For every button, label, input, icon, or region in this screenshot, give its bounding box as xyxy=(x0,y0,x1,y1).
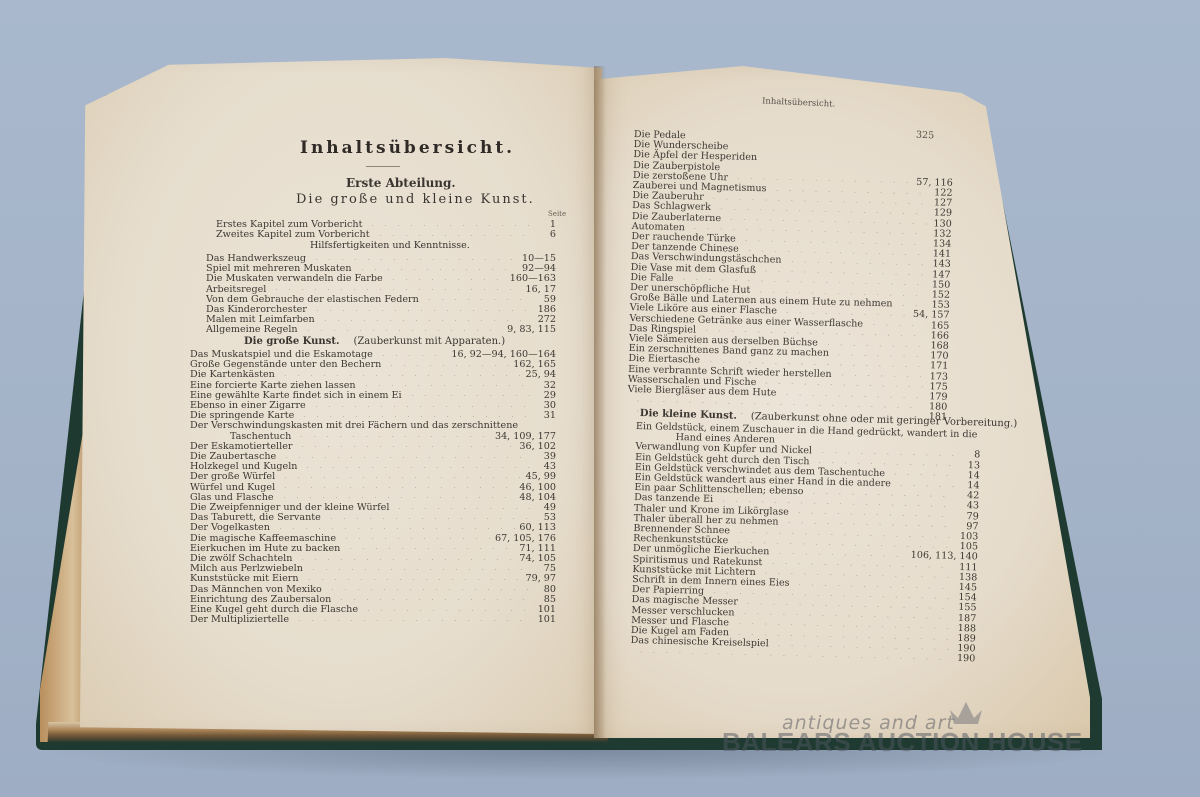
dot-leader xyxy=(307,569,532,570)
title-divider xyxy=(366,166,400,167)
dot-leader xyxy=(387,279,506,280)
dot-leader xyxy=(301,467,532,468)
dot-leader xyxy=(822,343,925,347)
dot-leader xyxy=(311,310,532,311)
dot-leader xyxy=(295,436,491,437)
dot-leader xyxy=(302,330,504,331)
dot-leader xyxy=(761,158,929,163)
dot-leader xyxy=(335,599,532,600)
toc-entry-title: Zweites Kapitel zum Vorbericht xyxy=(216,230,370,240)
dot-leader xyxy=(280,457,532,458)
dot-leader xyxy=(781,312,909,316)
subsection-title: Die große Kunst. xyxy=(244,336,339,347)
dot-leader xyxy=(325,518,532,519)
dot-leader xyxy=(867,324,925,326)
dot-leader xyxy=(279,375,522,376)
dot-leader xyxy=(773,644,952,649)
dot-leader xyxy=(760,383,924,388)
dot-leader xyxy=(360,385,532,386)
toc-entry-page: 101 xyxy=(536,615,556,625)
subsection-note: (Zauberkunst mit Apparaten.) xyxy=(353,336,505,347)
dot-leader xyxy=(785,261,926,265)
dot-leader xyxy=(279,477,521,478)
dot-leader xyxy=(896,304,925,306)
dot-leader xyxy=(374,235,532,236)
dot-leader xyxy=(793,584,953,589)
dot-leader xyxy=(377,355,448,356)
subsection-heading: Hilfsfertigkeiten und Kenntnisse. xyxy=(310,240,470,251)
dot-leader xyxy=(816,451,956,455)
dot-leader xyxy=(366,225,532,226)
dot-leader xyxy=(293,620,532,621)
dot-leader xyxy=(326,589,532,590)
dot-leader xyxy=(296,559,515,560)
dot-leader xyxy=(406,395,532,396)
toc-entry-page: 31 xyxy=(536,411,556,421)
subsection-heading-2: Die große Kunst. (Zauberkunst mit Appara… xyxy=(244,336,505,347)
toc-group2-list: Das Muskatspiel und die Eskamotage16, 92… xyxy=(190,350,556,625)
toc-entry-page: 190 xyxy=(955,654,975,665)
dot-leader xyxy=(303,579,522,580)
dot-leader xyxy=(393,508,532,509)
dot-leader xyxy=(310,259,518,260)
toc-group1-list: Das Handwerkszeug10—15Spiel mit mehreren… xyxy=(206,254,556,336)
toc-right-group1-list: Die PedaleDie WunderscheibeDie Äpfel der… xyxy=(627,130,954,423)
photo-scene: Inhaltsübersicht. Erste Abteilung. Die g… xyxy=(0,0,1200,797)
page-title: Inhaltsübersicht. xyxy=(300,138,515,158)
section-heading: Erste Abteilung. xyxy=(346,176,456,190)
toc-right-group2-list: Ein Geldstück, einem Zuschauer in die Ha… xyxy=(630,422,981,665)
dot-leader xyxy=(814,462,957,466)
dot-leader xyxy=(732,147,929,153)
dot-leader xyxy=(733,623,952,629)
toc-entry: Allgemeine Regeln9, 83, 115 xyxy=(206,325,556,335)
book-gutter xyxy=(594,66,606,738)
toc-entry: Der Multipliziertelle101 xyxy=(190,615,556,625)
dot-leader xyxy=(296,446,515,447)
dot-leader xyxy=(760,270,927,275)
toc-entry-page: 6 xyxy=(536,230,556,240)
dot-leader xyxy=(742,603,953,609)
dot-leader xyxy=(889,474,956,477)
dot-leader xyxy=(385,365,509,366)
dot-leader xyxy=(833,354,925,357)
page-column-label: Seite xyxy=(548,210,566,218)
dot-leader xyxy=(766,562,953,568)
dot-leader xyxy=(895,484,956,486)
toc-entry-page: 9, 83, 115 xyxy=(507,325,556,335)
dot-leader xyxy=(423,299,532,300)
dot-leader xyxy=(298,416,532,417)
dot-leader xyxy=(793,512,955,517)
dot-leader xyxy=(274,528,515,529)
toc-entry-title: Der Multipliziertelle xyxy=(190,615,289,625)
dot-leader xyxy=(279,487,515,488)
toc-intro-list: Erstes Kapitel zum Vorbericht1Zweites Ka… xyxy=(216,220,556,240)
dot-leader xyxy=(770,189,928,194)
dot-leader xyxy=(344,548,515,549)
dot-leader xyxy=(734,531,954,537)
dot-leader xyxy=(715,208,928,214)
dot-leader xyxy=(780,393,923,397)
dot-leader xyxy=(773,552,906,556)
dot-leader xyxy=(725,218,928,224)
section-subtitle: Die große und kleine Kunst. xyxy=(296,192,535,207)
dot-leader xyxy=(310,406,532,407)
toc-entry: Zweites Kapitel zum Vorbericht6 xyxy=(216,230,556,240)
dot-leader xyxy=(356,269,518,270)
dot-leader xyxy=(738,613,952,619)
toc-entry-title: Allgemeine Regeln xyxy=(206,325,298,335)
dot-leader xyxy=(340,538,491,539)
dot-leader xyxy=(362,610,532,611)
dot-leader xyxy=(319,320,532,321)
dot-leader xyxy=(807,492,955,497)
dot-leader xyxy=(783,522,955,527)
watermark-brand: BALEARS AUCTION HOUSE xyxy=(722,727,1083,758)
dot-leader xyxy=(270,289,521,290)
dot-leader xyxy=(740,239,928,245)
dot-leader xyxy=(278,497,516,498)
dot-leader xyxy=(522,426,532,427)
dot-leader xyxy=(724,167,929,173)
dot-leader xyxy=(836,374,924,377)
